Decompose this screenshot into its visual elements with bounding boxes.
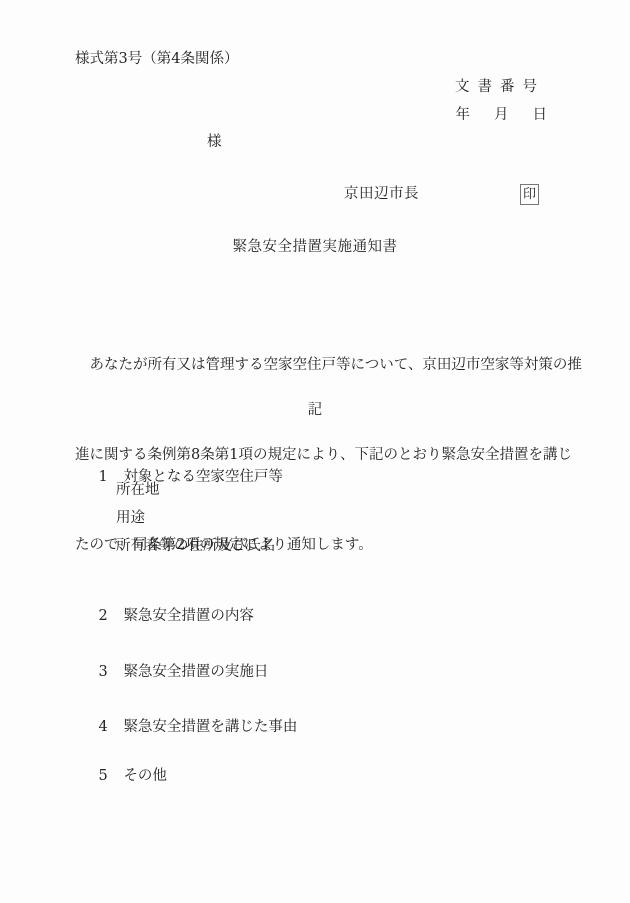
- record-marker: 記: [0, 403, 630, 418]
- list-item-3-label: 緊急安全措置の実施日: [123, 664, 268, 680]
- list-item-4: 4緊急安全措置を講じた事由: [80, 705, 297, 749]
- document-page: 様式第3号（第4条関係） 文書番号 年月日 様 京田辺市長 印 緊急安全措置実施…: [0, 0, 630, 903]
- addressee-suffix: 様: [207, 135, 222, 150]
- list-item-3: 3緊急安全措置の実施日: [80, 650, 268, 694]
- list-item-5-label: その他: [123, 768, 167, 784]
- form-number: 様式第3号（第4条関係）: [75, 52, 238, 67]
- list-item-4-label: 緊急安全措置を講じた事由: [123, 719, 297, 735]
- document-number-label: 文書番号: [455, 80, 545, 95]
- date-label: 年月日: [456, 108, 572, 123]
- document-title: 緊急安全措置実施通知書: [0, 240, 630, 255]
- list-item-4-number: 4: [98, 720, 123, 735]
- list-item-2-number: 2: [98, 609, 123, 624]
- list-item-1-detail-usage: 用途: [116, 511, 145, 526]
- list-item-2: 2緊急安全措置の内容: [80, 594, 254, 638]
- list-item-3-number: 3: [98, 665, 123, 680]
- seal-box: 印: [520, 184, 539, 205]
- seal-character: 印: [523, 188, 536, 201]
- list-item-1-detail-location: 所在地: [116, 483, 160, 498]
- list-item-1-detail-owner: 所有者等の住所及び氏名: [116, 539, 276, 554]
- sender-name: 京田辺市長: [344, 187, 419, 202]
- list-item-2-label: 緊急安全措置の内容: [123, 608, 254, 624]
- body-line-1: あなたが所有又は管理する空家空住戸等について、京田辺市空家等対策の推: [75, 350, 582, 380]
- list-item-1: 1対象となる空家空住戸等: [80, 455, 283, 499]
- list-item-5-number: 5: [98, 769, 123, 784]
- list-item-5: 5その他: [80, 754, 167, 798]
